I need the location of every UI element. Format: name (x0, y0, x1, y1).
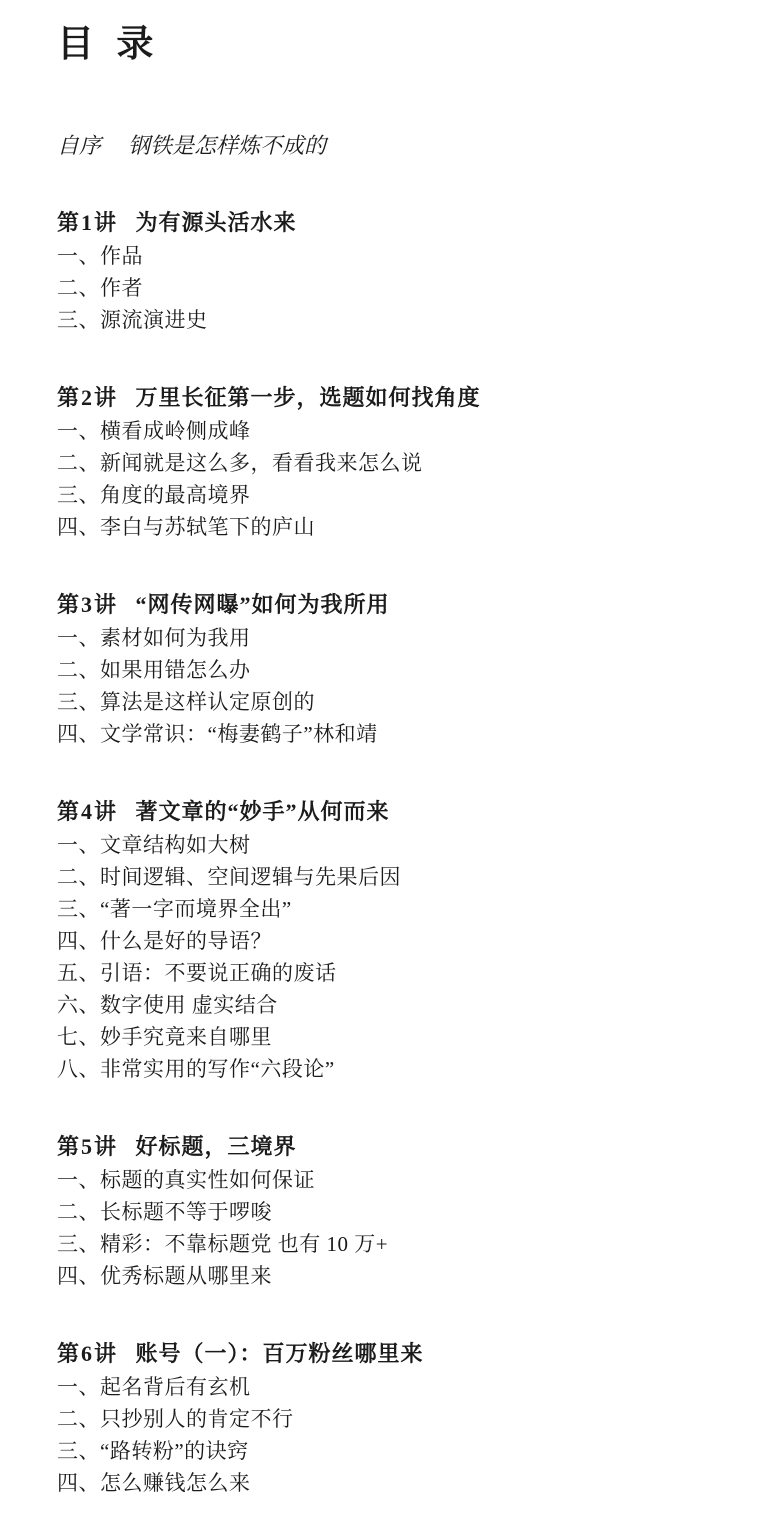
section-number: 第2讲 (57, 385, 118, 410)
toc-item: 四、怎么赚钱怎么来 (57, 1467, 720, 1499)
section-heading: 第6讲 账号（一）：百万粉丝哪里来 (57, 1337, 720, 1371)
toc-item: 一、标题的真实性如何保证 (57, 1164, 720, 1196)
toc-item: 六、数字使用 虚实结合 (57, 989, 720, 1021)
toc-section-3: 第3讲 “网传网曝”如何为我所用 一、素材如何为我用 二、如果用错怎么办 三、算… (57, 588, 720, 750)
section-heading: 第2讲 万里长征第一步，选题如何找角度 (57, 381, 720, 415)
toc-item: 二、长标题不等于啰唆 (57, 1196, 720, 1228)
section-title: 为有源头活水来 (136, 210, 297, 235)
toc-page: 目 录 自序 钢铁是怎样炼不成的 第1讲 为有源头活水来 一、作品 二、作者 三… (57, 22, 720, 1499)
toc-item: 一、文章结构如大树 (57, 829, 720, 861)
toc-item: 三、源流演进史 (57, 304, 720, 336)
toc-item: 二、时间逻辑、空间逻辑与先果后因 (57, 861, 720, 893)
toc-section-6: 第6讲 账号（一）：百万粉丝哪里来 一、起名背后有玄机 二、只抄别人的肯定不行 … (57, 1337, 720, 1499)
section-number: 第6讲 (57, 1341, 118, 1366)
section-title: “网传网曝”如何为我所用 (136, 592, 390, 617)
toc-item: 四、李白与苏轼笔下的庐山 (57, 511, 720, 543)
toc-section-1: 第1讲 为有源头活水来 一、作品 二、作者 三、源流演进史 (57, 206, 720, 336)
toc-item: 三、算法是这样认定原创的 (57, 686, 720, 718)
preface-line: 自序 钢铁是怎样炼不成的 (57, 131, 720, 161)
page-title: 目 录 (57, 22, 720, 67)
toc-item: 二、作者 (57, 272, 720, 304)
toc-section-4: 第4讲 著文章的“妙手”从何而来 一、文章结构如大树 二、时间逻辑、空间逻辑与先… (57, 795, 720, 1085)
preface-title: 钢铁是怎样炼不成的 (128, 131, 326, 161)
section-heading: 第1讲 为有源头活水来 (57, 206, 720, 240)
section-number: 第4讲 (57, 799, 118, 824)
section-heading: 第5讲 好标题，三境界 (57, 1130, 720, 1164)
section-title: 万里长征第一步，选题如何找角度 (136, 385, 481, 410)
toc-item: 八、非常实用的写作“六段论” (57, 1053, 720, 1085)
toc-section-2: 第2讲 万里长征第一步，选题如何找角度 一、横看成岭侧成峰 二、新闻就是这么多，… (57, 381, 720, 543)
toc-item: 一、横看成岭侧成峰 (57, 415, 720, 447)
section-title: 账号（一）：百万粉丝哪里来 (136, 1341, 424, 1366)
toc-item: 二、如果用错怎么办 (57, 654, 720, 686)
section-number: 第1讲 (57, 210, 118, 235)
toc-item: 四、优秀标题从哪里来 (57, 1260, 720, 1292)
toc-item: 三、“著一字而境界全出” (57, 893, 720, 925)
toc-item: 三、精彩：不靠标题党 也有 10 万+ (57, 1228, 720, 1260)
section-heading: 第4讲 著文章的“妙手”从何而来 (57, 795, 720, 829)
section-number: 第3讲 (57, 592, 118, 617)
toc-item: 一、作品 (57, 240, 720, 272)
toc-item: 三、“路转粉”的诀窍 (57, 1435, 720, 1467)
toc-section-5: 第5讲 好标题，三境界 一、标题的真实性如何保证 二、长标题不等于啰唆 三、精彩… (57, 1130, 720, 1292)
preface-label: 自序 (57, 131, 101, 161)
toc-item: 四、文学常识：“梅妻鹤子”林和靖 (57, 718, 720, 750)
section-title: 好标题，三境界 (136, 1134, 297, 1159)
toc-item: 五、引语：不要说正确的废话 (57, 957, 720, 989)
section-number: 第5讲 (57, 1134, 118, 1159)
section-heading: 第3讲 “网传网曝”如何为我所用 (57, 588, 720, 622)
toc-item: 四、什么是好的导语？ (57, 925, 720, 957)
toc-item: 一、起名背后有玄机 (57, 1371, 720, 1403)
toc-item: 三、角度的最高境界 (57, 479, 720, 511)
toc-item: 二、新闻就是这么多，看看我来怎么说 (57, 447, 720, 479)
toc-item: 一、素材如何为我用 (57, 622, 720, 654)
toc-item: 七、妙手究竟来自哪里 (57, 1021, 720, 1053)
toc-item: 二、只抄别人的肯定不行 (57, 1403, 720, 1435)
section-title: 著文章的“妙手”从何而来 (136, 799, 390, 824)
